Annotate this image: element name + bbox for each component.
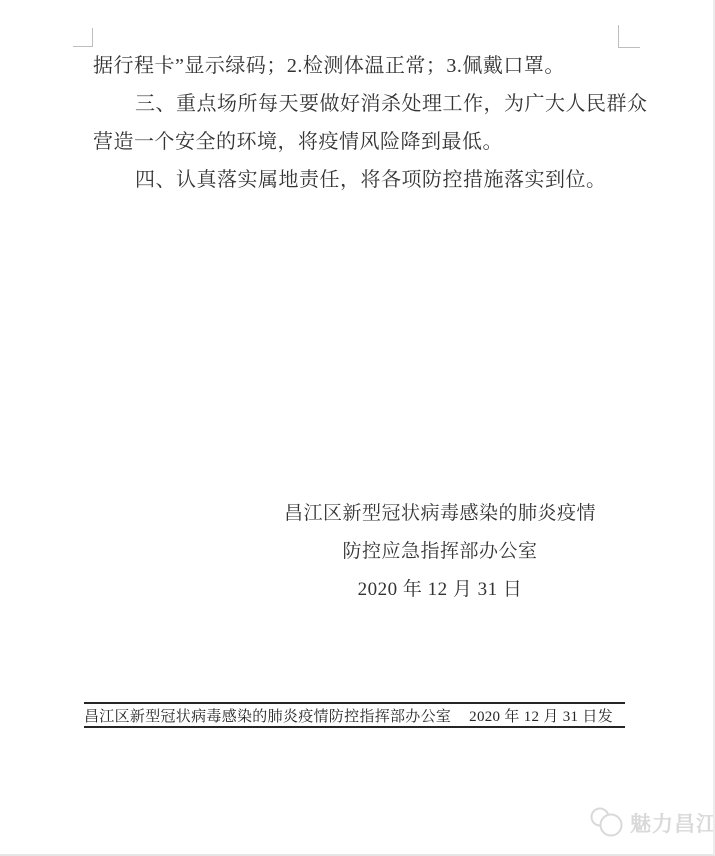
signature-org-line2: 防控应急指挥部办公室 bbox=[240, 533, 640, 571]
body-line: 营造一个安全的环境，将疫情风险降到最低。 bbox=[93, 123, 633, 161]
footer-issuer: 昌江区新型冠状病毒感染的肺炎疫情防控指挥部办公室 bbox=[84, 705, 451, 726]
watermark: 魅力昌江 bbox=[588, 806, 715, 840]
document-body: 据行程卡”显示绿码；2.检测体温正常；3.佩戴口罩。 三、重点场所每天要做好消杀… bbox=[93, 47, 633, 199]
signature-block: 昌江区新型冠状病毒感染的肺炎疫情 防控应急指挥部办公室 2020 年 12 月 … bbox=[240, 495, 640, 609]
body-line: 四、认真落实属地责任，将各项防控措施落实到位。 bbox=[93, 161, 633, 199]
signature-date: 2020 年 12 月 31 日 bbox=[240, 571, 640, 609]
margin-corner-mark-top-right bbox=[618, 25, 640, 48]
body-line: 三、重点场所每天要做好消杀处理工作，为广大人民群众 bbox=[93, 85, 633, 123]
margin-corner-mark-top-left bbox=[73, 28, 93, 47]
body-line: 据行程卡”显示绿码；2.检测体温正常；3.佩戴口罩。 bbox=[93, 47, 633, 85]
signature-org-line1: 昌江区新型冠状病毒感染的肺炎疫情 bbox=[240, 495, 640, 533]
issuance-footer: 昌江区新型冠状病毒感染的肺炎疫情防控指挥部办公室 2020 年 12 月 31 … bbox=[84, 702, 625, 728]
document-page: 据行程卡”显示绿码；2.检测体温正常；3.佩戴口罩。 三、重点场所每天要做好消杀… bbox=[0, 0, 715, 856]
footer-issue-date: 2020 年 12 月 31 日发 bbox=[469, 705, 625, 726]
brand-logo-icon bbox=[588, 806, 626, 840]
watermark-brand-text: 魅力昌江 bbox=[630, 808, 715, 838]
